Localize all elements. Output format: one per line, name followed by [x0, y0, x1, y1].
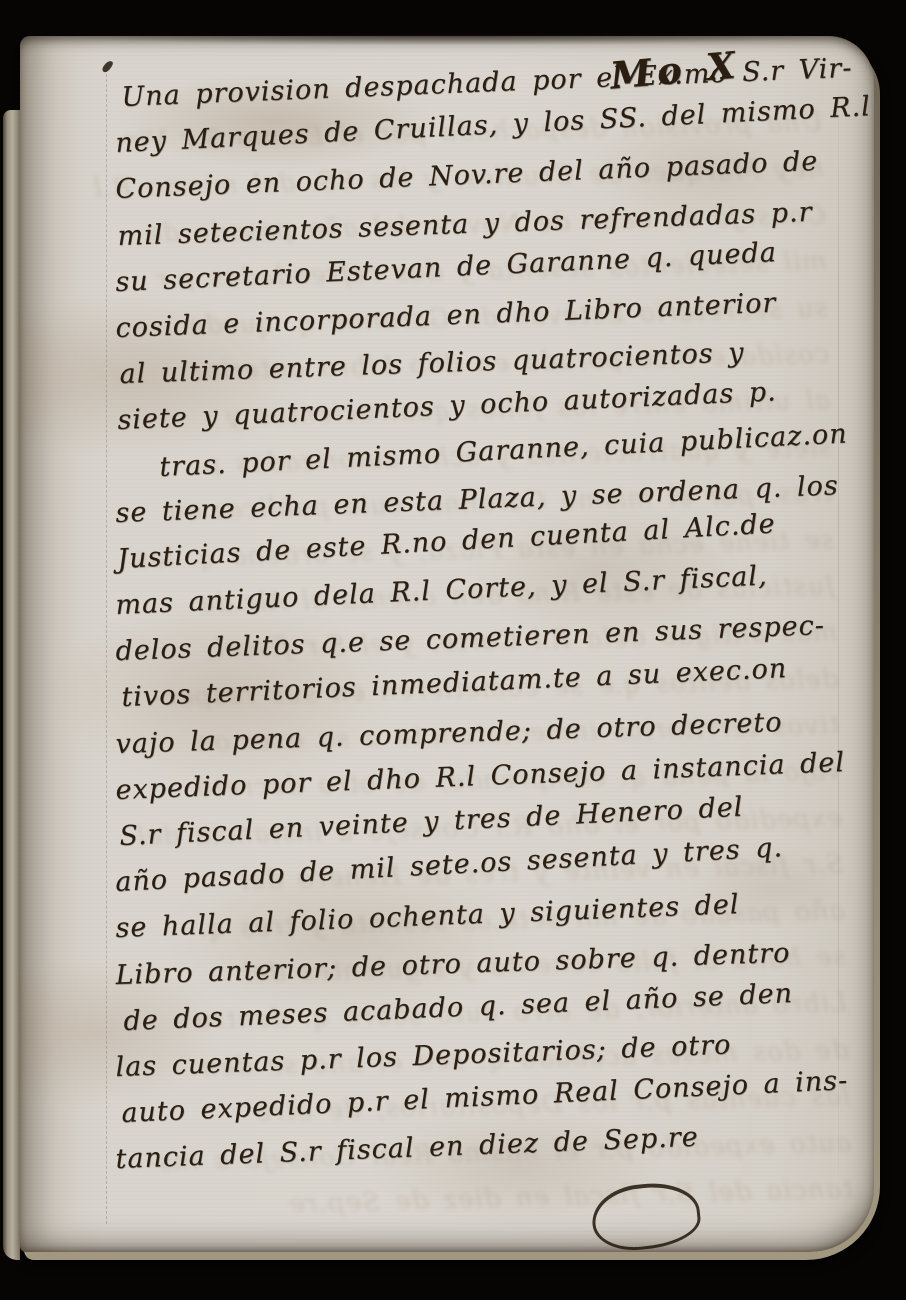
adjacent-folio-edge	[3, 110, 20, 1260]
manuscript-photo: Una provision despachada por el Ex.mo S.…	[0, 0, 906, 1300]
margin-rule-line	[106, 64, 107, 1224]
page-top-shadow	[20, 34, 874, 48]
manuscript-text: Una provision despachada por el Ex.mo S.…	[116, 82, 876, 1191]
